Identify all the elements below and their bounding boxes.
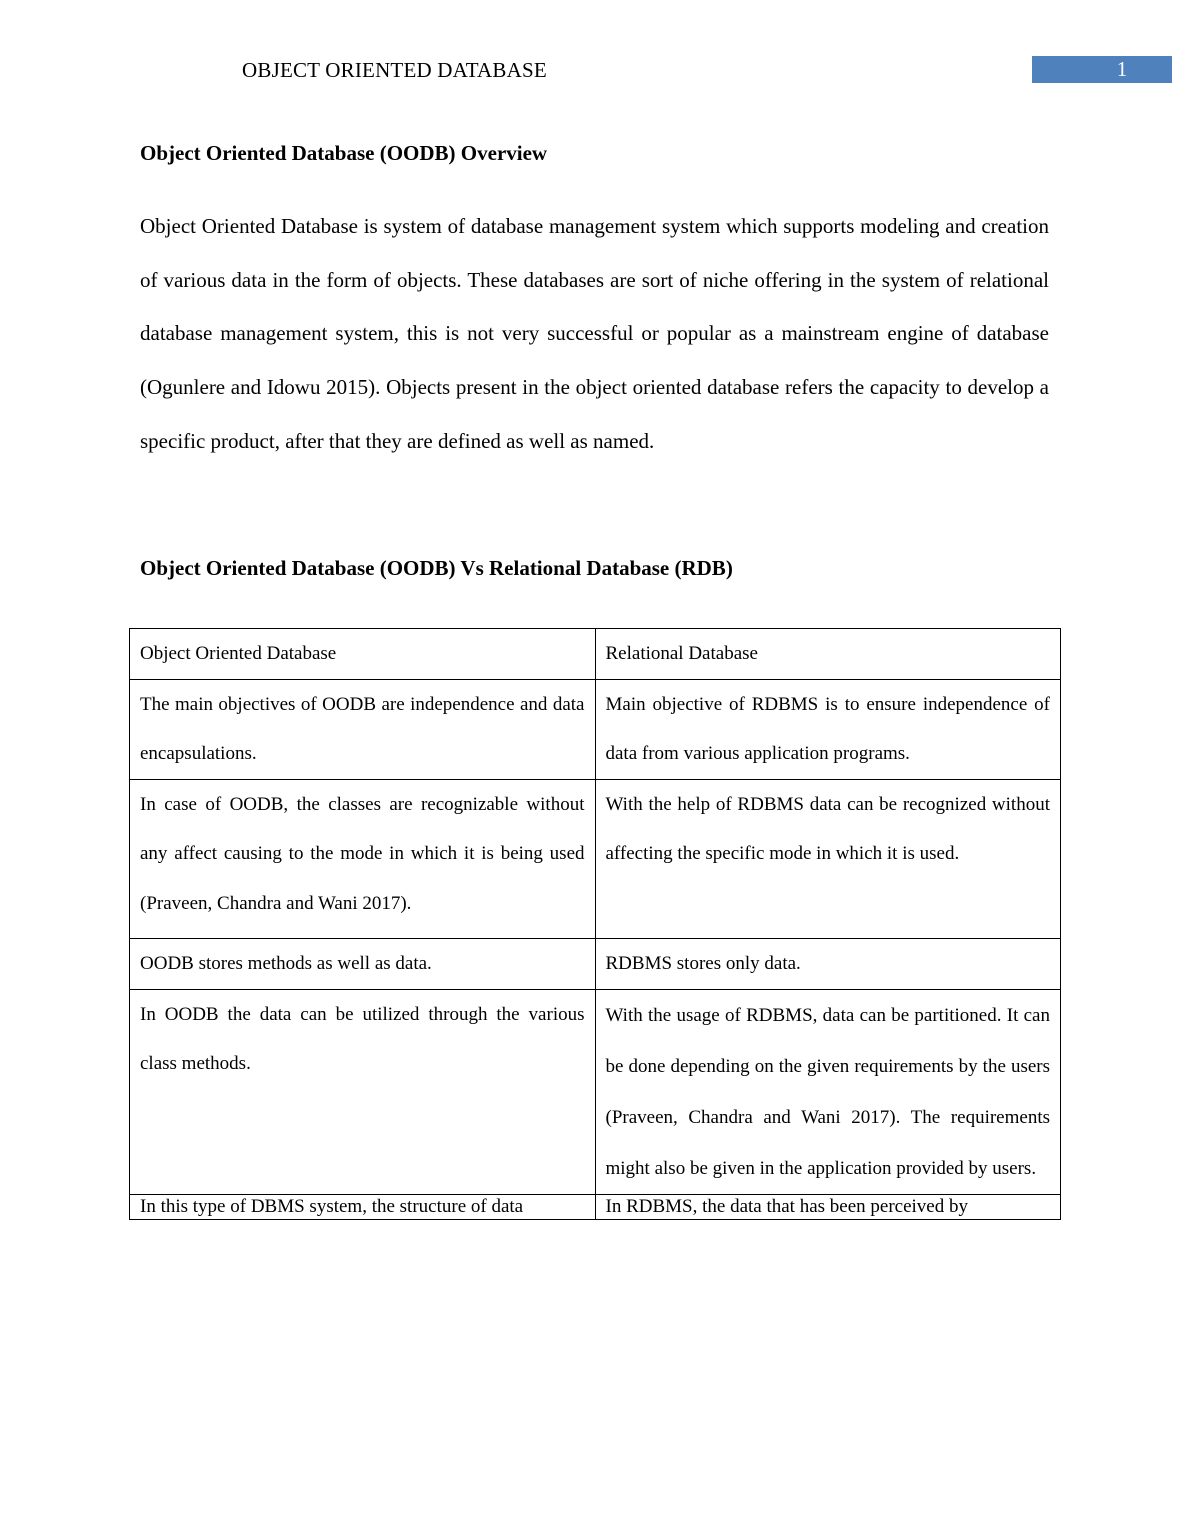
table-row: OODB stores methods as well as data. RDB… [130,939,1061,990]
table-cell: In OODB the data can be utilized through… [130,989,596,1194]
header-cell-oodb: Object Oriented Database [130,629,596,680]
table-row: In this type of DBMS system, the structu… [130,1194,1061,1219]
table-cell: In case of OODB, the classes are recogni… [130,779,596,939]
table-cell: In RDBMS, the data that has been perceiv… [595,1194,1061,1219]
table-row: In OODB the data can be utilized through… [130,989,1061,1194]
page-number: 1 [1032,56,1172,83]
table-cell: With the help of RDBMS data can be recog… [595,779,1061,939]
table-cell: OODB stores methods as well as data. [130,939,596,990]
comparison-table: Object Oriented Database Relational Data… [129,628,1061,1220]
table-cell: In this type of DBMS system, the structu… [130,1194,596,1219]
table-header-row: Object Oriented Database Relational Data… [130,629,1061,680]
section-heading-overview: Object Oriented Database (OODB) Overview [140,141,547,166]
header-cell-rdb: Relational Database [595,629,1061,680]
running-header: OBJECT ORIENTED DATABASE [242,58,547,83]
table-cell: Main objective of RDBMS is to ensure ind… [595,679,1061,779]
overview-paragraph: Object Oriented Database is system of da… [140,200,1049,469]
table-cell: RDBMS stores only data. [595,939,1061,990]
table-row: The main objectives of OODB are independ… [130,679,1061,779]
table-cell: With the usage of RDBMS, data can be par… [595,989,1061,1194]
section-heading-comparison: Object Oriented Database (OODB) Vs Relat… [140,556,733,581]
table-row: In case of OODB, the classes are recogni… [130,779,1061,939]
table-cell: The main objectives of OODB are independ… [130,679,596,779]
